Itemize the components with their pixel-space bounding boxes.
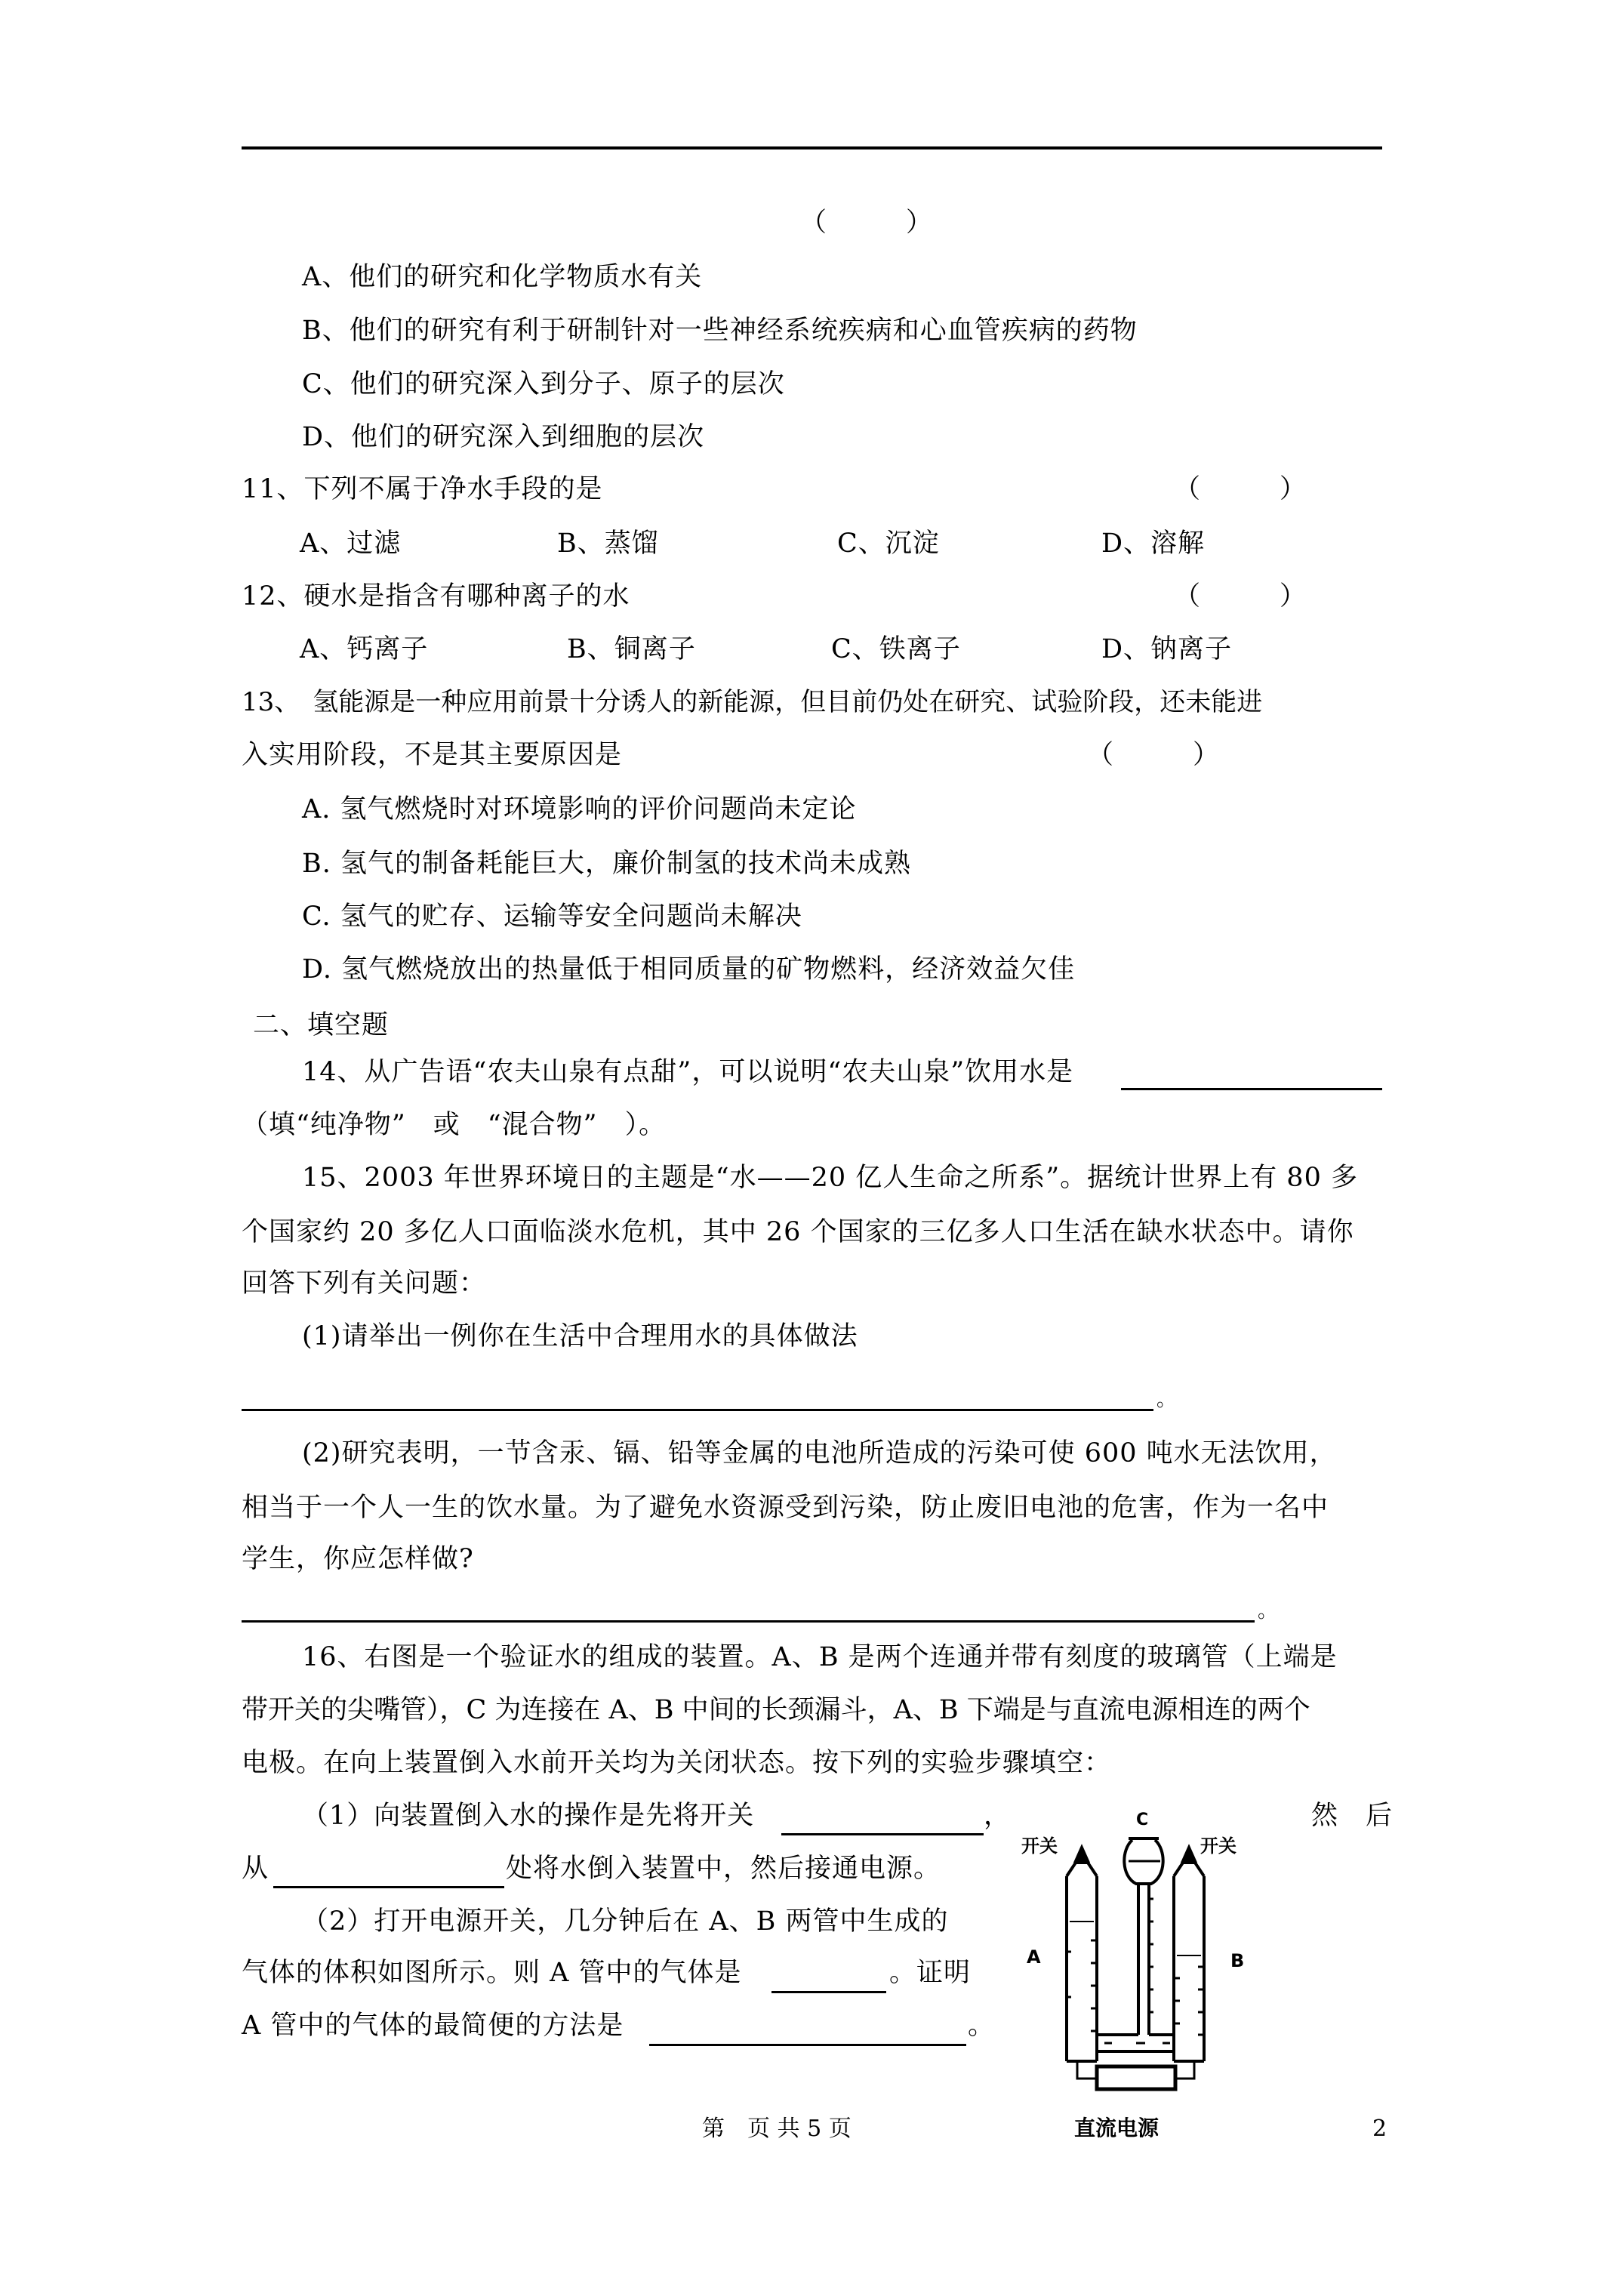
q13-option-c: C. 氢气的贮存、运输等安全问题尚未解决	[302, 900, 802, 933]
q16-gas-a-blank[interactable]	[771, 1991, 886, 1993]
q14-line1: 14、从广告语“农夫山泉有点甜”，可以说明“农夫山泉”饮用水是	[302, 1056, 1073, 1089]
q16-sub1-then: 然 后	[1311, 1799, 1393, 1832]
q10-option-c: C、他们的研究深入到分子、原子的层次	[302, 368, 785, 401]
q16-sub1-comma: ，	[984, 1799, 1011, 1832]
section-title-fill-in: 二、填空题	[253, 1009, 389, 1042]
q16-sub1-from: 从	[242, 1852, 269, 1885]
q10-answer-paren: （ ）	[800, 206, 932, 239]
tube-a	[1067, 1848, 1097, 2061]
q11-option-c: C、沉淀	[837, 527, 940, 560]
tube-b-label: B	[1230, 1950, 1244, 1971]
electrolysis-apparatus-diagram: 开关 开关 C A B 直流电源	[1015, 1808, 1264, 2144]
q15-sub1-answer-blank[interactable]	[242, 1409, 1153, 1411]
switch-left-label: 开关	[1021, 1835, 1058, 1857]
q14-answer-blank[interactable]	[1121, 1088, 1382, 1090]
q16-method-blank[interactable]	[649, 2044, 966, 2046]
q11-option-b: B、蒸馏	[557, 527, 659, 560]
q10-option-b: B、他们的研究有利于研制针对一些神经系统疾病和心血管疾病的药物	[302, 314, 1138, 347]
q16-sub1-switch-blank[interactable]	[781, 1833, 984, 1835]
q15-sub2-answer-blank[interactable]	[242, 1620, 1255, 1623]
q13-option-b: B. 氢气的制备耗能巨大，廉价制氢的技术尚未成熟	[302, 847, 911, 880]
q16-sub1-text: （1）向装置倒入水的操作是先将开关	[302, 1799, 754, 1832]
q16-sub1-location-blank[interactable]	[273, 1886, 504, 1888]
q16-sub2-line2-end: 。证明	[889, 1956, 971, 1989]
q12-option-c: C、铁离子	[831, 633, 961, 666]
footer-page-number: 2	[1372, 2116, 1387, 2143]
q10-option-a: A、他们的研究和化学物质水有关	[302, 260, 702, 294]
q11-option-d: D、溶解	[1101, 527, 1205, 560]
footer-page-text: 第 页 共 5 页	[702, 2116, 852, 2143]
q15-line1: 15、2003 年世界环境日的主题是“水——20 亿人生命之所系”。据统计世界上…	[302, 1161, 1358, 1194]
q13-answer-paren: （ ）	[1087, 738, 1219, 772]
q12-option-a: A、钙离子	[300, 633, 428, 666]
q15-line3: 回答下列有关问题：	[242, 1267, 486, 1300]
q16-sub2-line3-end: 。	[968, 2009, 995, 2042]
q15-sub2-line1: (2)研究表明，一节含汞、镉、铅等金属的电池所造成的污染可使 600 吨水无法饮…	[302, 1437, 1337, 1470]
q12-option-b: B、铜离子	[567, 633, 696, 666]
q13-option-a: A. 氢气燃烧时对环境影响的评价问题尚未定论	[302, 793, 857, 826]
header-rule	[242, 146, 1382, 149]
q16-sub2-line1: （2）打开电源开关，几分钟后在 A、B 两管中生成的	[302, 1905, 949, 1938]
q13-stem-line2: 入实用阶段，不是其主要原因是	[242, 738, 622, 772]
tube-a-label: A	[1027, 1946, 1041, 1968]
scale-ticks	[1067, 1899, 1204, 2035]
funnel-label: C	[1136, 1811, 1148, 1829]
tube-b	[1174, 1848, 1204, 2061]
q13-option-d: D. 氢气燃烧放出的热量低于相同质量的矿物燃料，经济效益欠佳	[302, 953, 1075, 986]
q15-sub1: (1)请举出一例你在生活中合理用水的具体做法	[302, 1320, 858, 1353]
q11-answer-paren: （ ）	[1174, 473, 1306, 506]
q15-sub2-line3: 学生，你应怎样做?	[242, 1542, 474, 1576]
q15-sub2-line2: 相当于一个人一生的饮水量。为了避免水资源受到污染，防止废旧电池的危害，作为一名中	[242, 1491, 1329, 1524]
q15-line2: 个国家约 20 多亿人口面临淡水危机，其中 26 个国家的三亿多人口生活在缺水状…	[242, 1216, 1354, 1249]
q12-option-d: D、钠离子	[1101, 633, 1232, 666]
q14-line2: （填“纯净物” 或 “混合物” ）。	[242, 1108, 666, 1142]
power-supply-label: 直流电源	[1074, 2116, 1160, 2140]
q16-sub2-line3-text: A 管中的气体的最简便的方法是	[242, 2009, 624, 2042]
q15-sub2-period: 。	[1258, 1595, 1278, 1628]
q15-sub1-period: 。	[1156, 1383, 1177, 1416]
q16-line2: 带开关的尖嘴管），C 为连接在 A、B 中间的长颈漏斗，A、B 下端是与直流电源…	[242, 1693, 1310, 1727]
q12-answer-paren: （ ）	[1174, 580, 1306, 613]
q16-line3: 电极。在向上装置倒入水前开关均为关闭状态。按下列的实验步骤填空：	[242, 1746, 1111, 1780]
connecting-tube	[1067, 2035, 1204, 2061]
q16-sub1-rest: 处将水倒入装置中，然后接通电源。	[506, 1852, 941, 1885]
q13-stem-line1: 13、 氢能源是一种应用前景十分诱人的新能源，但目前仍处在研究、试验阶段，还未能…	[242, 686, 1262, 719]
q16-sub2-line2-text: 气体的体积如图所示。则 A 管中的气体是	[242, 1956, 742, 1989]
q11-stem: 11、下列不属于净水手段的是	[242, 473, 603, 506]
funnel-c	[1124, 1838, 1163, 2035]
q12-stem: 12、硬水是指含有哪种离子的水	[242, 580, 630, 613]
q10-option-d: D、他们的研究深入到细胞的层次	[302, 421, 704, 454]
switch-right-label: 开关	[1200, 1835, 1236, 1857]
power-supply	[1077, 2061, 1194, 2089]
q11-option-a: A、过滤	[300, 527, 401, 560]
q16-line1: 16、右图是一个验证水的组成的装置。A、B 是两个连通并带有刻度的玻璃管（上端是	[302, 1641, 1338, 1674]
